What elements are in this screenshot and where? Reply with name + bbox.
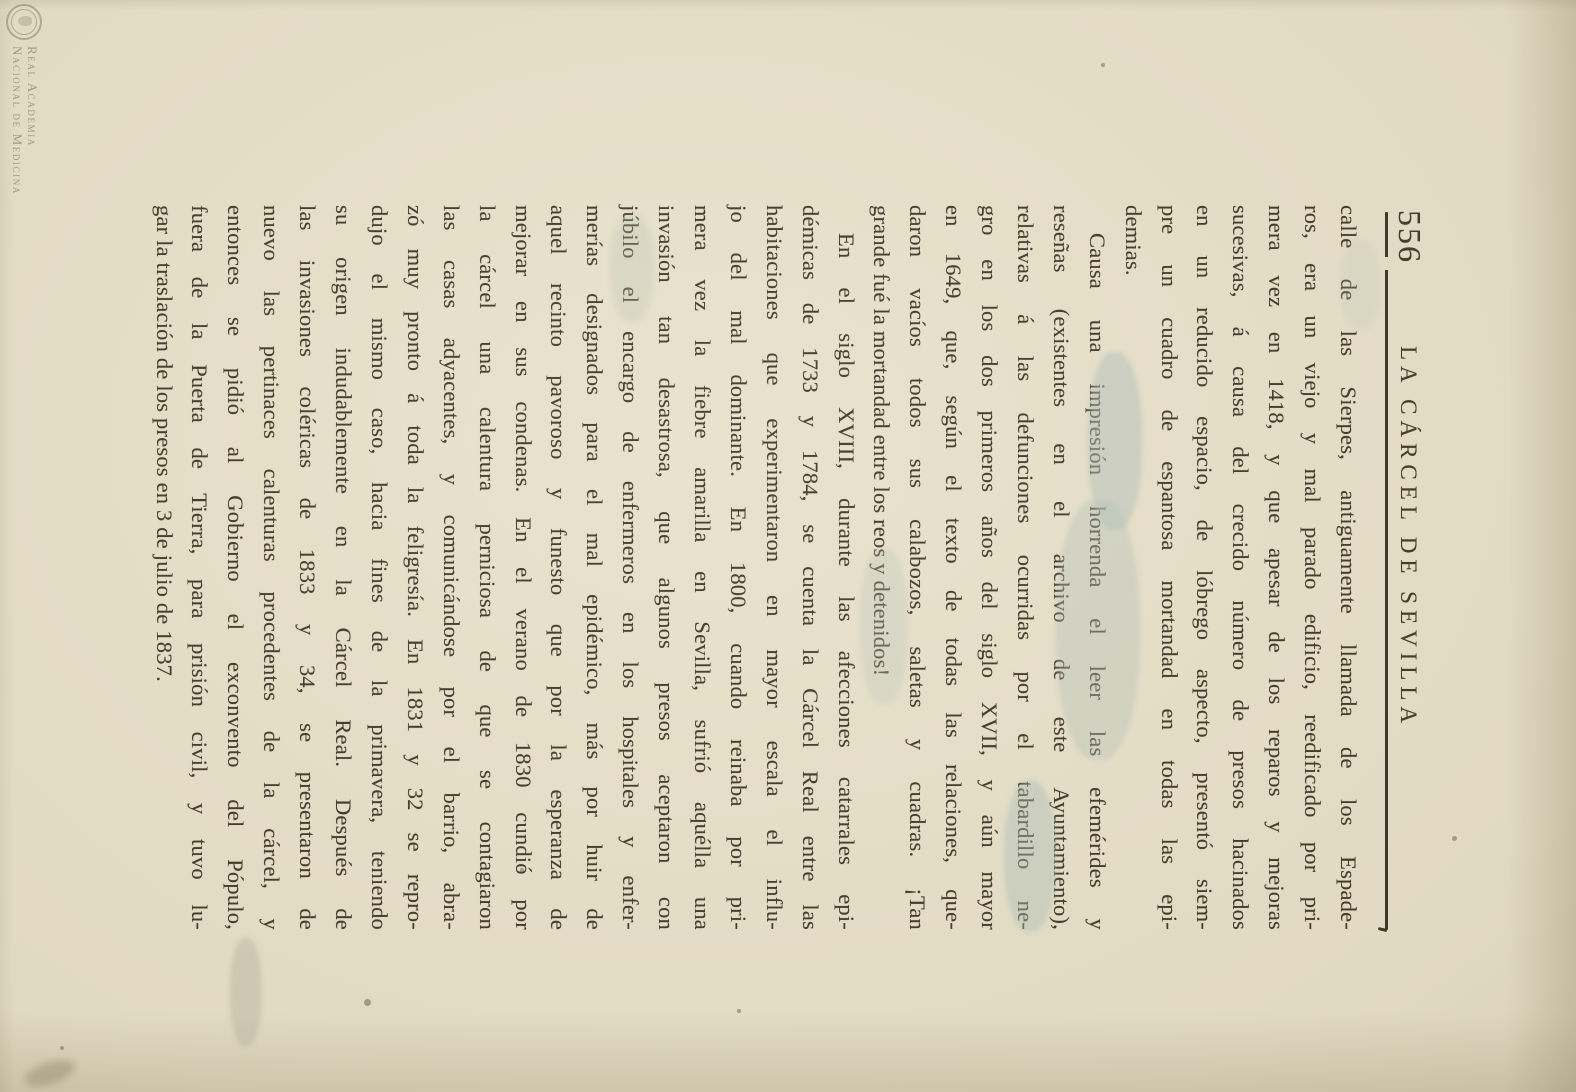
text-line: merías designados para el mal epidémico,… <box>576 205 612 930</box>
text-line: demias. <box>1115 205 1151 930</box>
text-line: jo del mal dominante. En 1800, cuando re… <box>720 205 756 930</box>
text-line: zó muy pronto á toda la feligresía. En 1… <box>397 205 433 930</box>
text-line: sucesivas, á causa del crecido número de… <box>1222 205 1258 930</box>
page-number: 556 <box>1391 210 1428 264</box>
text-line: En el siglo XVIII, durante las afeccione… <box>828 205 864 930</box>
body-text: calle de las Sierpes, antiguamente llama… <box>146 205 1366 930</box>
text-line: en un reducido espacio, de lóbrego aspec… <box>1187 205 1223 930</box>
scanned-book-page: 556 LA CÁRCEL DE SEVILLA calle de las Si… <box>0 0 1576 1092</box>
text-line: la cárcel una calentura perniciosa de qu… <box>469 205 505 930</box>
text-line: en 1649, que, según el texto de todas la… <box>935 205 971 930</box>
page-header: 556 LA CÁRCEL DE SEVILLA <box>1384 205 1430 930</box>
text-line: las casas adyacentes, y comunicándose po… <box>433 205 469 930</box>
library-watermark: Real Academia Nacional de Medicina <box>0 2 42 232</box>
text-line: dujo el mismo caso, hacia fines de la pr… <box>361 205 397 930</box>
text-line: mera vez en 1418, y que apesar de los re… <box>1258 205 1294 930</box>
text-line: mejorar en sus condenas. En el verano de… <box>505 205 541 930</box>
text-line: las invasiones coléricas de 1833 y 34, s… <box>289 205 325 930</box>
text-line: invasión tan desastrosa, que algunos pre… <box>648 205 684 930</box>
text-line: gar la traslación de los presos en 3 de … <box>146 205 182 930</box>
watermark-line2: Nacional de Medicina <box>9 46 25 195</box>
library-seal-icon <box>6 4 42 40</box>
header-rule-hook <box>1378 927 1387 932</box>
text-line: ros, era un viejo y mal parado edificio,… <box>1294 205 1330 930</box>
text-line: grande fué la mortandad entre los reos y… <box>864 205 900 930</box>
text-line: pre un cuadro de espantosa mortandad en … <box>1151 205 1187 930</box>
text-line: aquel recinto pavoroso y funesto que por… <box>541 205 577 930</box>
text-line: daron vacíos todos sus calabozos, saleta… <box>899 205 935 930</box>
text-line: júbilo el encargo de enfermeros en los h… <box>612 205 648 930</box>
text-line: su origen indudablemente en la Cárcel Re… <box>325 205 361 930</box>
text-line: fuera de la Puerta de Tierra, para prisi… <box>182 205 218 930</box>
header-rule-gap <box>1384 257 1389 270</box>
text-line: nuevo las pertinaces calenturas proceden… <box>253 205 289 930</box>
text-line: calle de las Sierpes, antiguamente llama… <box>1330 205 1366 930</box>
page-rotated-content: 556 LA CÁRCEL DE SEVILLA calle de las Si… <box>0 0 1576 1092</box>
header-rule <box>1385 212 1388 930</box>
text-line: Causa una impresión horrenda el leer las… <box>1079 205 1115 930</box>
watermark-line1: Real Academia <box>24 46 40 147</box>
text-line: démicas de 1733 y 1784, se cuenta la Cár… <box>792 205 828 930</box>
running-title: LA CÁRCEL DE SEVILLA <box>1395 346 1421 729</box>
text-line: reseñas (existentes en el archivo de est… <box>1043 205 1079 930</box>
text-line: gro en los dos primeros años del siglo X… <box>971 205 1007 930</box>
text-line: habitaciones que experimentaron en mayor… <box>756 205 792 930</box>
text-line: mera vez la fiebre amarilla en Sevilla, … <box>684 205 720 930</box>
text-line: entonces se pidió al Gobierno el exconve… <box>218 205 254 930</box>
text-line: relativas á las defunciones ocurridas po… <box>1007 205 1043 930</box>
